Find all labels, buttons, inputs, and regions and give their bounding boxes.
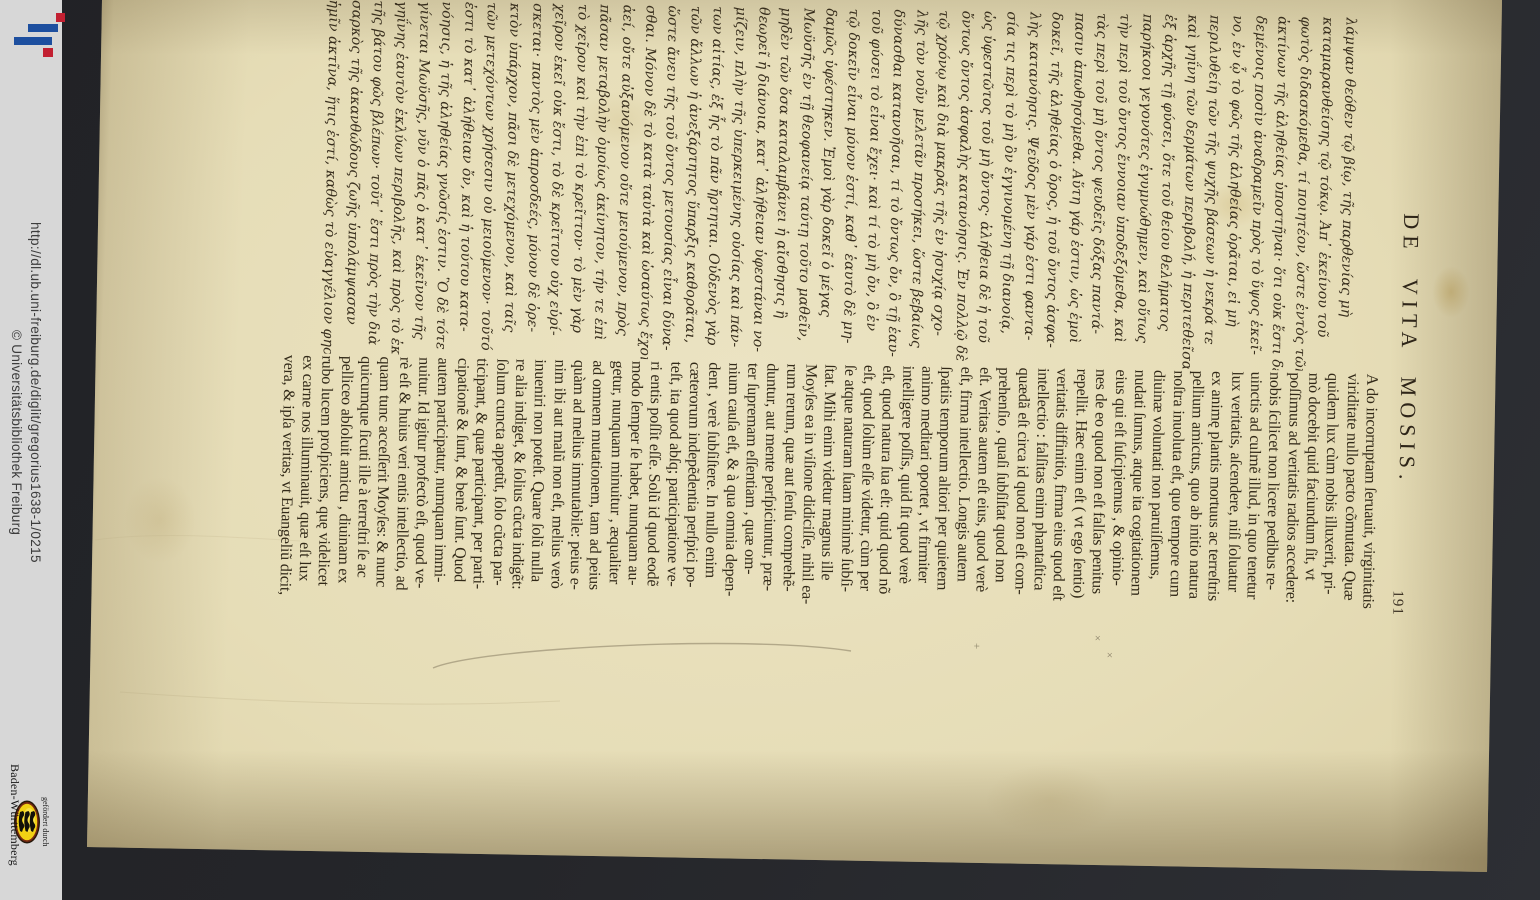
- copyright-note: © Universitätsbibliothek Freiburg: [9, 330, 24, 535]
- paper-crease: [95, 535, 300, 541]
- funding-body-label: Baden-Württemberg: [7, 764, 22, 888]
- scan-viewer: DE VITA MOSIS. 191 λάμψαν θεόθεν τῷ βίῳ,…: [0, 0, 1540, 900]
- paper-crease: [120, 692, 560, 704]
- scanned-page: DE VITA MOSIS. 191 λάμψαν θεόθεν τῷ βίῳ,…: [0, 0, 1540, 900]
- pen-stroke-overlay: [0, 0, 1540, 900]
- handwritten-pen-mark: +: [970, 643, 982, 649]
- library-strip: http://dl.ub.uni-freiburg.de/diglit/greg…: [0, 0, 62, 900]
- handwritten-pen-mark: ×: [1103, 652, 1115, 658]
- handwritten-pen-mark: ×: [1091, 635, 1103, 641]
- funding-note: gefördert durch: [41, 797, 50, 847]
- strip-rotated-text: http://dl.ub.uni-freiburg.de/diglit/greg…: [0, 0, 62, 900]
- source-url: http://dl.ub.uni-freiburg.de/diglit/greg…: [28, 222, 43, 563]
- pen-stroke: [433, 644, 851, 668]
